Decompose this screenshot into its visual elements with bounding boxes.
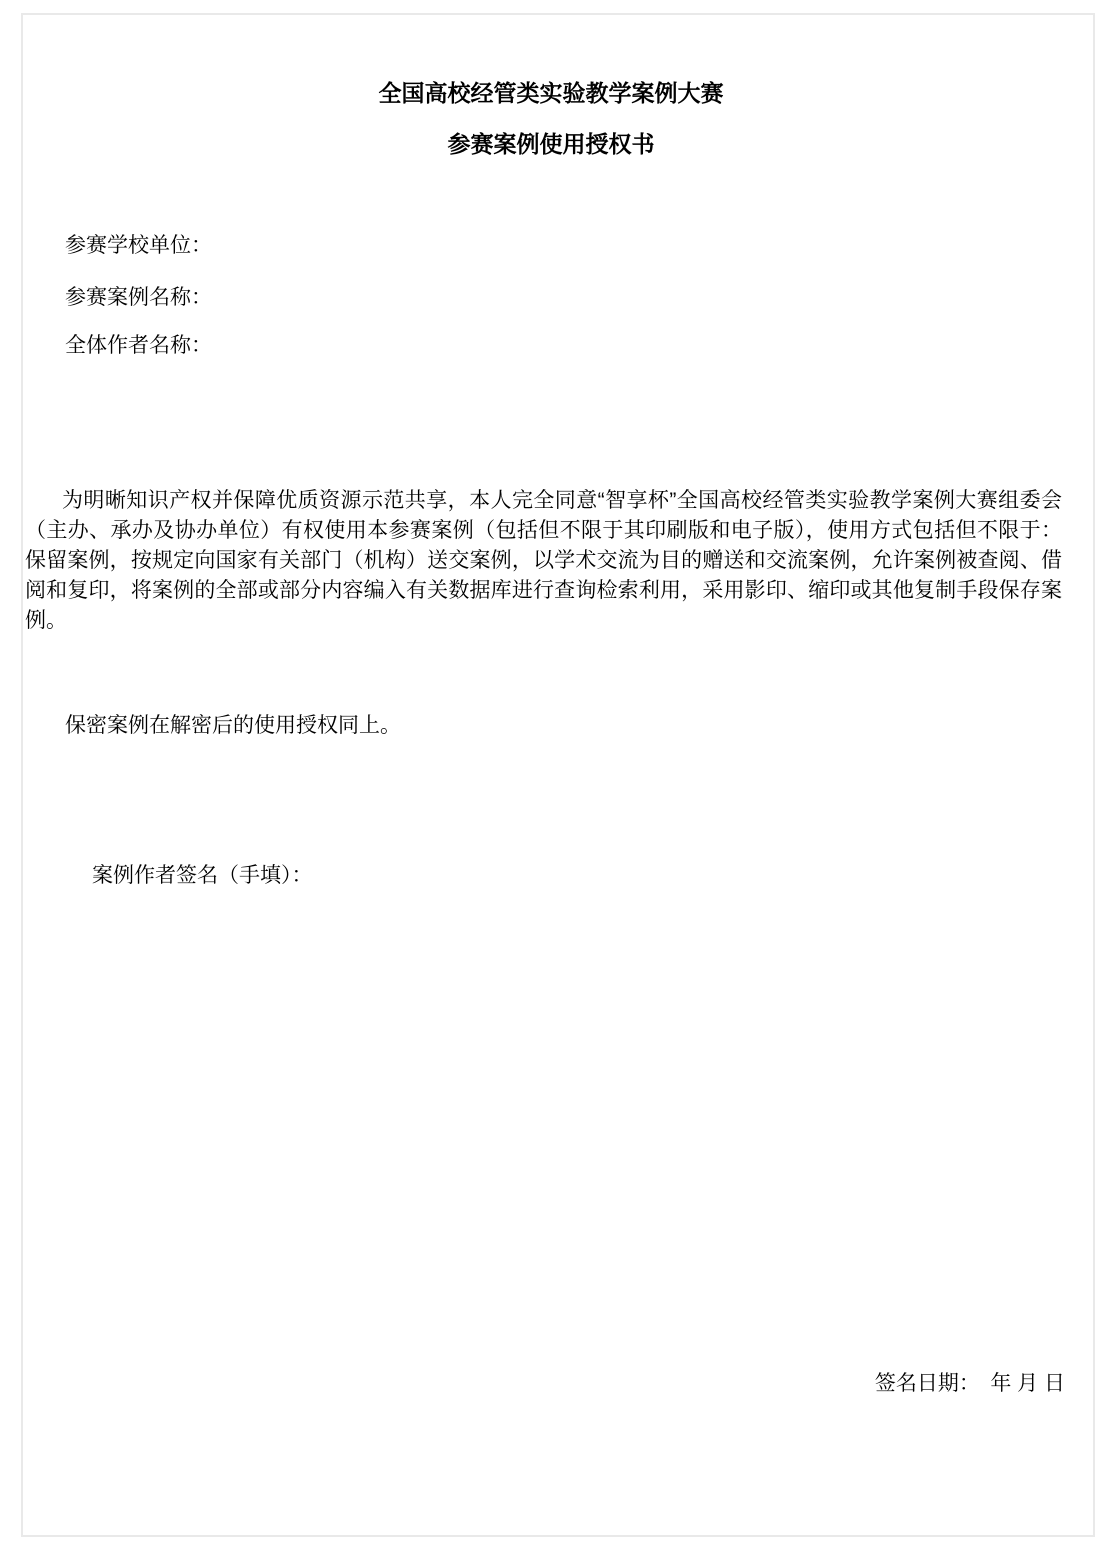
document-page: 全国高校经管类实验教学案例大赛 参赛案例使用授权书 参赛学校单位： 参赛案例名称… — [21, 13, 1095, 1537]
field-school-unit-label: 参赛学校单位： — [65, 234, 212, 258]
screenshot-root: { "doc": { "title_line1": "全国高校经管类实验教学案例… — [0, 0, 1118, 1558]
field-all-authors-label: 全体作者名称： — [65, 334, 212, 358]
authorization-paragraph: 为明晰知识产权并保障优质资源示范共享，本人完全同意“智享杯”全国高校经管类实验教… — [25, 486, 1062, 636]
confidential-note: 保密案例在解密后的使用授权同上。 — [65, 714, 401, 738]
document-title-line2: 参赛案例使用授权书 — [23, 131, 1079, 157]
signature-label: 案例作者签名（手填）： — [92, 864, 313, 888]
signature-date-line: 签名日期： 年 月 日 — [875, 1372, 1065, 1396]
document-title-line1: 全国高校经管类实验教学案例大赛 — [23, 80, 1079, 106]
field-case-name-label: 参赛案例名称： — [65, 286, 212, 310]
